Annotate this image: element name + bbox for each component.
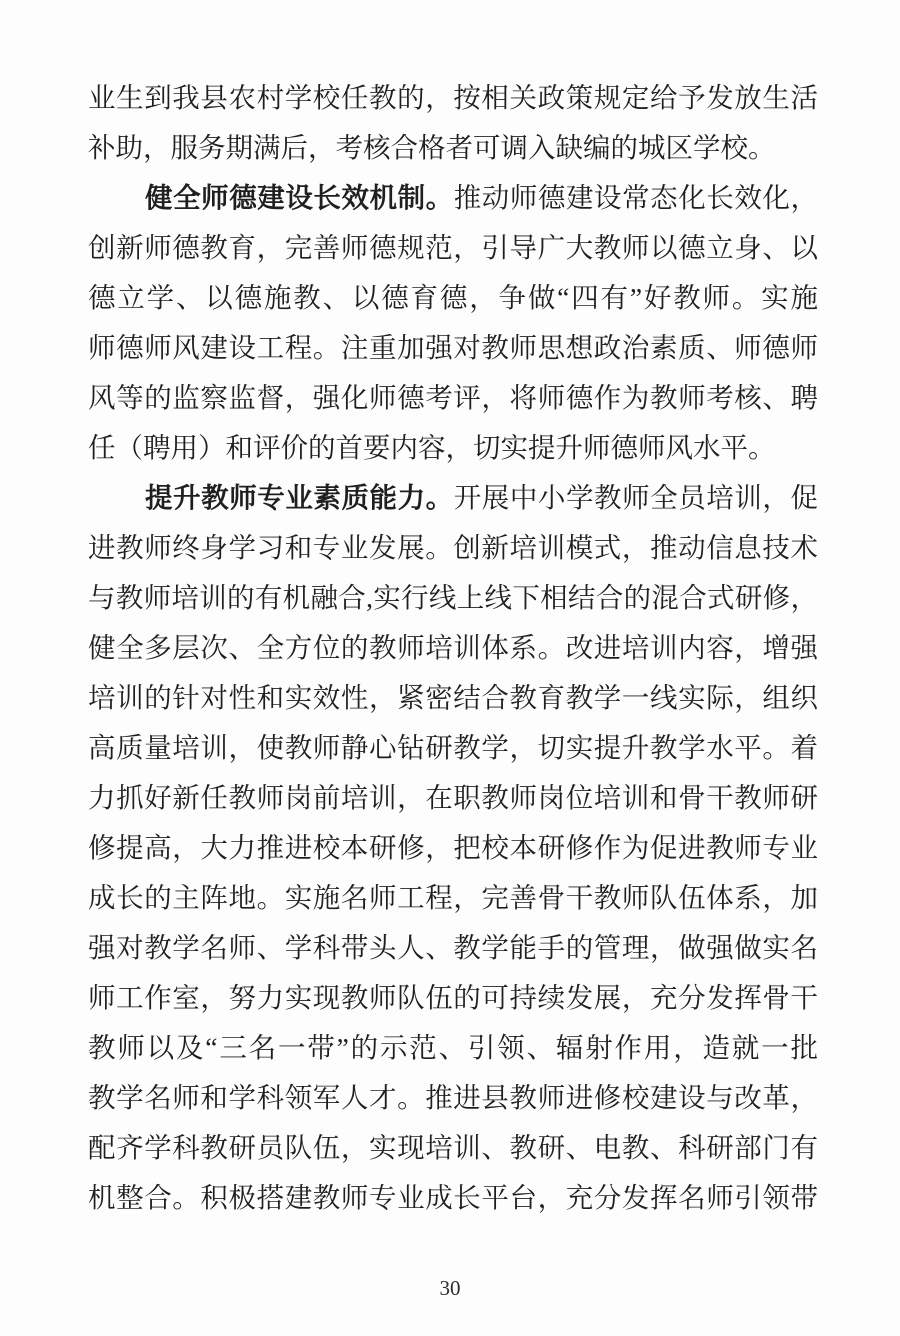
text-line: 教学名师和学科领军人才。推进县教师进修校建设与改革， xyxy=(88,1073,818,1123)
line-text: 任（聘用）和评价的首要内容，切实提升师德师风水平。 xyxy=(88,432,776,463)
text-line: 修提高，大力推进校本研修，把校本研修作为促进教师专业 xyxy=(88,823,818,873)
line-text: 开展中小学教师全员培训，促 xyxy=(454,482,818,513)
line-text: 教师以及“三名一带”的示范、引领、辐射作用，造就一批 xyxy=(88,1032,818,1063)
text-line: 业生到我县农村学校任教的，按相关政策规定给予发放生活 xyxy=(88,73,818,123)
line-text: 教学名师和学科领军人才。推进县教师进修校建设与改革， xyxy=(88,1082,818,1113)
text-line: 德立学、以德施教、以德育德，争做“四有”好教师。实施 xyxy=(88,273,818,323)
text-line: 提升教师专业素质能力。开展中小学教师全员培训，促 xyxy=(88,473,818,523)
text-line: 力抓好新任教师岗前培训，在职教师岗位培训和骨干教师研 xyxy=(88,773,818,823)
line-text: 与教师培训的有机融合,实行线上线下相结合的混合式研修， xyxy=(88,582,818,613)
text-line: 创新师德教育，完善师德规范，引导广大教师以德立身、以 xyxy=(88,223,818,273)
line-text: 健全多层次、全方位的教师培训体系。改进培训内容，增强 xyxy=(88,632,818,663)
text-line: 配齐学科教研员队伍，实现培训、教研、电教、科研部门有 xyxy=(88,1123,818,1173)
line-text: 培训的针对性和实效性，紧密结合教育教学一线实际，组织 xyxy=(88,682,818,713)
line-text: 德立学、以德施教、以德育德，争做“四有”好教师。实施 xyxy=(88,282,818,313)
bold-lead: 提升教师专业素质能力。 xyxy=(145,482,454,513)
text-line: 高质量培训，使教师静心钻研教学，切实提升教学水平。着 xyxy=(88,723,818,773)
text-line: 与教师培训的有机融合,实行线上线下相结合的混合式研修， xyxy=(88,573,818,623)
text-line: 强对教学名师、学科带头人、教学能手的管理，做强做实名 xyxy=(88,923,818,973)
line-text: 配齐学科教研员队伍，实现培训、教研、电教、科研部门有 xyxy=(88,1132,818,1163)
line-text: 修提高，大力推进校本研修，把校本研修作为促进教师专业 xyxy=(88,832,818,863)
line-text: 进教师终身学习和专业发展。创新培训模式，推动信息技术 xyxy=(88,532,818,563)
bold-lead: 健全师德建设长效机制。 xyxy=(145,182,454,213)
line-text: 推动师德建设常态化长效化， xyxy=(454,182,818,213)
text-line: 任（聘用）和评价的首要内容，切实提升师德师风水平。 xyxy=(88,423,818,473)
text-line: 教师以及“三名一带”的示范、引领、辐射作用，造就一批 xyxy=(88,1023,818,1073)
page-number: 30 xyxy=(0,1274,900,1302)
text-line: 进教师终身学习和专业发展。创新培训模式，推动信息技术 xyxy=(88,523,818,573)
text-line: 成长的主阵地。实施名师工程，完善骨干教师队伍体系，加 xyxy=(88,873,818,923)
text-line: 培训的针对性和实效性，紧密结合教育教学一线实际，组织 xyxy=(88,673,818,723)
line-text: 风等的监察监督，强化师德考评，将师德作为教师考核、聘 xyxy=(88,382,818,413)
line-text: 补助，服务期满后，考核合格者可调入缺编的城区学校。 xyxy=(88,132,776,163)
line-text: 机整合。积极搭建教师专业成长平台，充分发挥名师引领带 xyxy=(88,1182,818,1213)
body-text: 业生到我县农村学校任教的，按相关政策规定给予发放生活 补助，服务期满后，考核合格… xyxy=(88,73,818,1223)
document-page: 业生到我县农村学校任教的，按相关政策规定给予发放生活 补助，服务期满后，考核合格… xyxy=(0,0,900,1336)
line-text: 师工作室，努力实现教师队伍的可持续发展，充分发挥骨干 xyxy=(88,982,818,1013)
text-line: 机整合。积极搭建教师专业成长平台，充分发挥名师引领带 xyxy=(88,1173,818,1223)
line-text: 师德师风建设工程。注重加强对教师思想政治素质、师德师 xyxy=(88,332,818,363)
line-text: 业生到我县农村学校任教的，按相关政策规定给予发放生活 xyxy=(88,82,818,113)
text-line: 风等的监察监督，强化师德考评，将师德作为教师考核、聘 xyxy=(88,373,818,423)
text-line: 健全师德建设长效机制。推动师德建设常态化长效化， xyxy=(88,173,818,223)
line-text: 强对教学名师、学科带头人、教学能手的管理，做强做实名 xyxy=(88,932,818,963)
text-line: 健全多层次、全方位的教师培训体系。改进培训内容，增强 xyxy=(88,623,818,673)
line-text: 高质量培训，使教师静心钻研教学，切实提升教学水平。着 xyxy=(88,732,818,763)
text-line: 师工作室，努力实现教师队伍的可持续发展，充分发挥骨干 xyxy=(88,973,818,1023)
line-text: 成长的主阵地。实施名师工程，完善骨干教师队伍体系，加 xyxy=(88,882,818,913)
line-text: 创新师德教育，完善师德规范，引导广大教师以德立身、以 xyxy=(88,232,818,263)
line-text: 力抓好新任教师岗前培训，在职教师岗位培训和骨干教师研 xyxy=(88,782,818,813)
text-line: 师德师风建设工程。注重加强对教师思想政治素质、师德师 xyxy=(88,323,818,373)
text-line: 补助，服务期满后，考核合格者可调入缺编的城区学校。 xyxy=(88,123,818,173)
